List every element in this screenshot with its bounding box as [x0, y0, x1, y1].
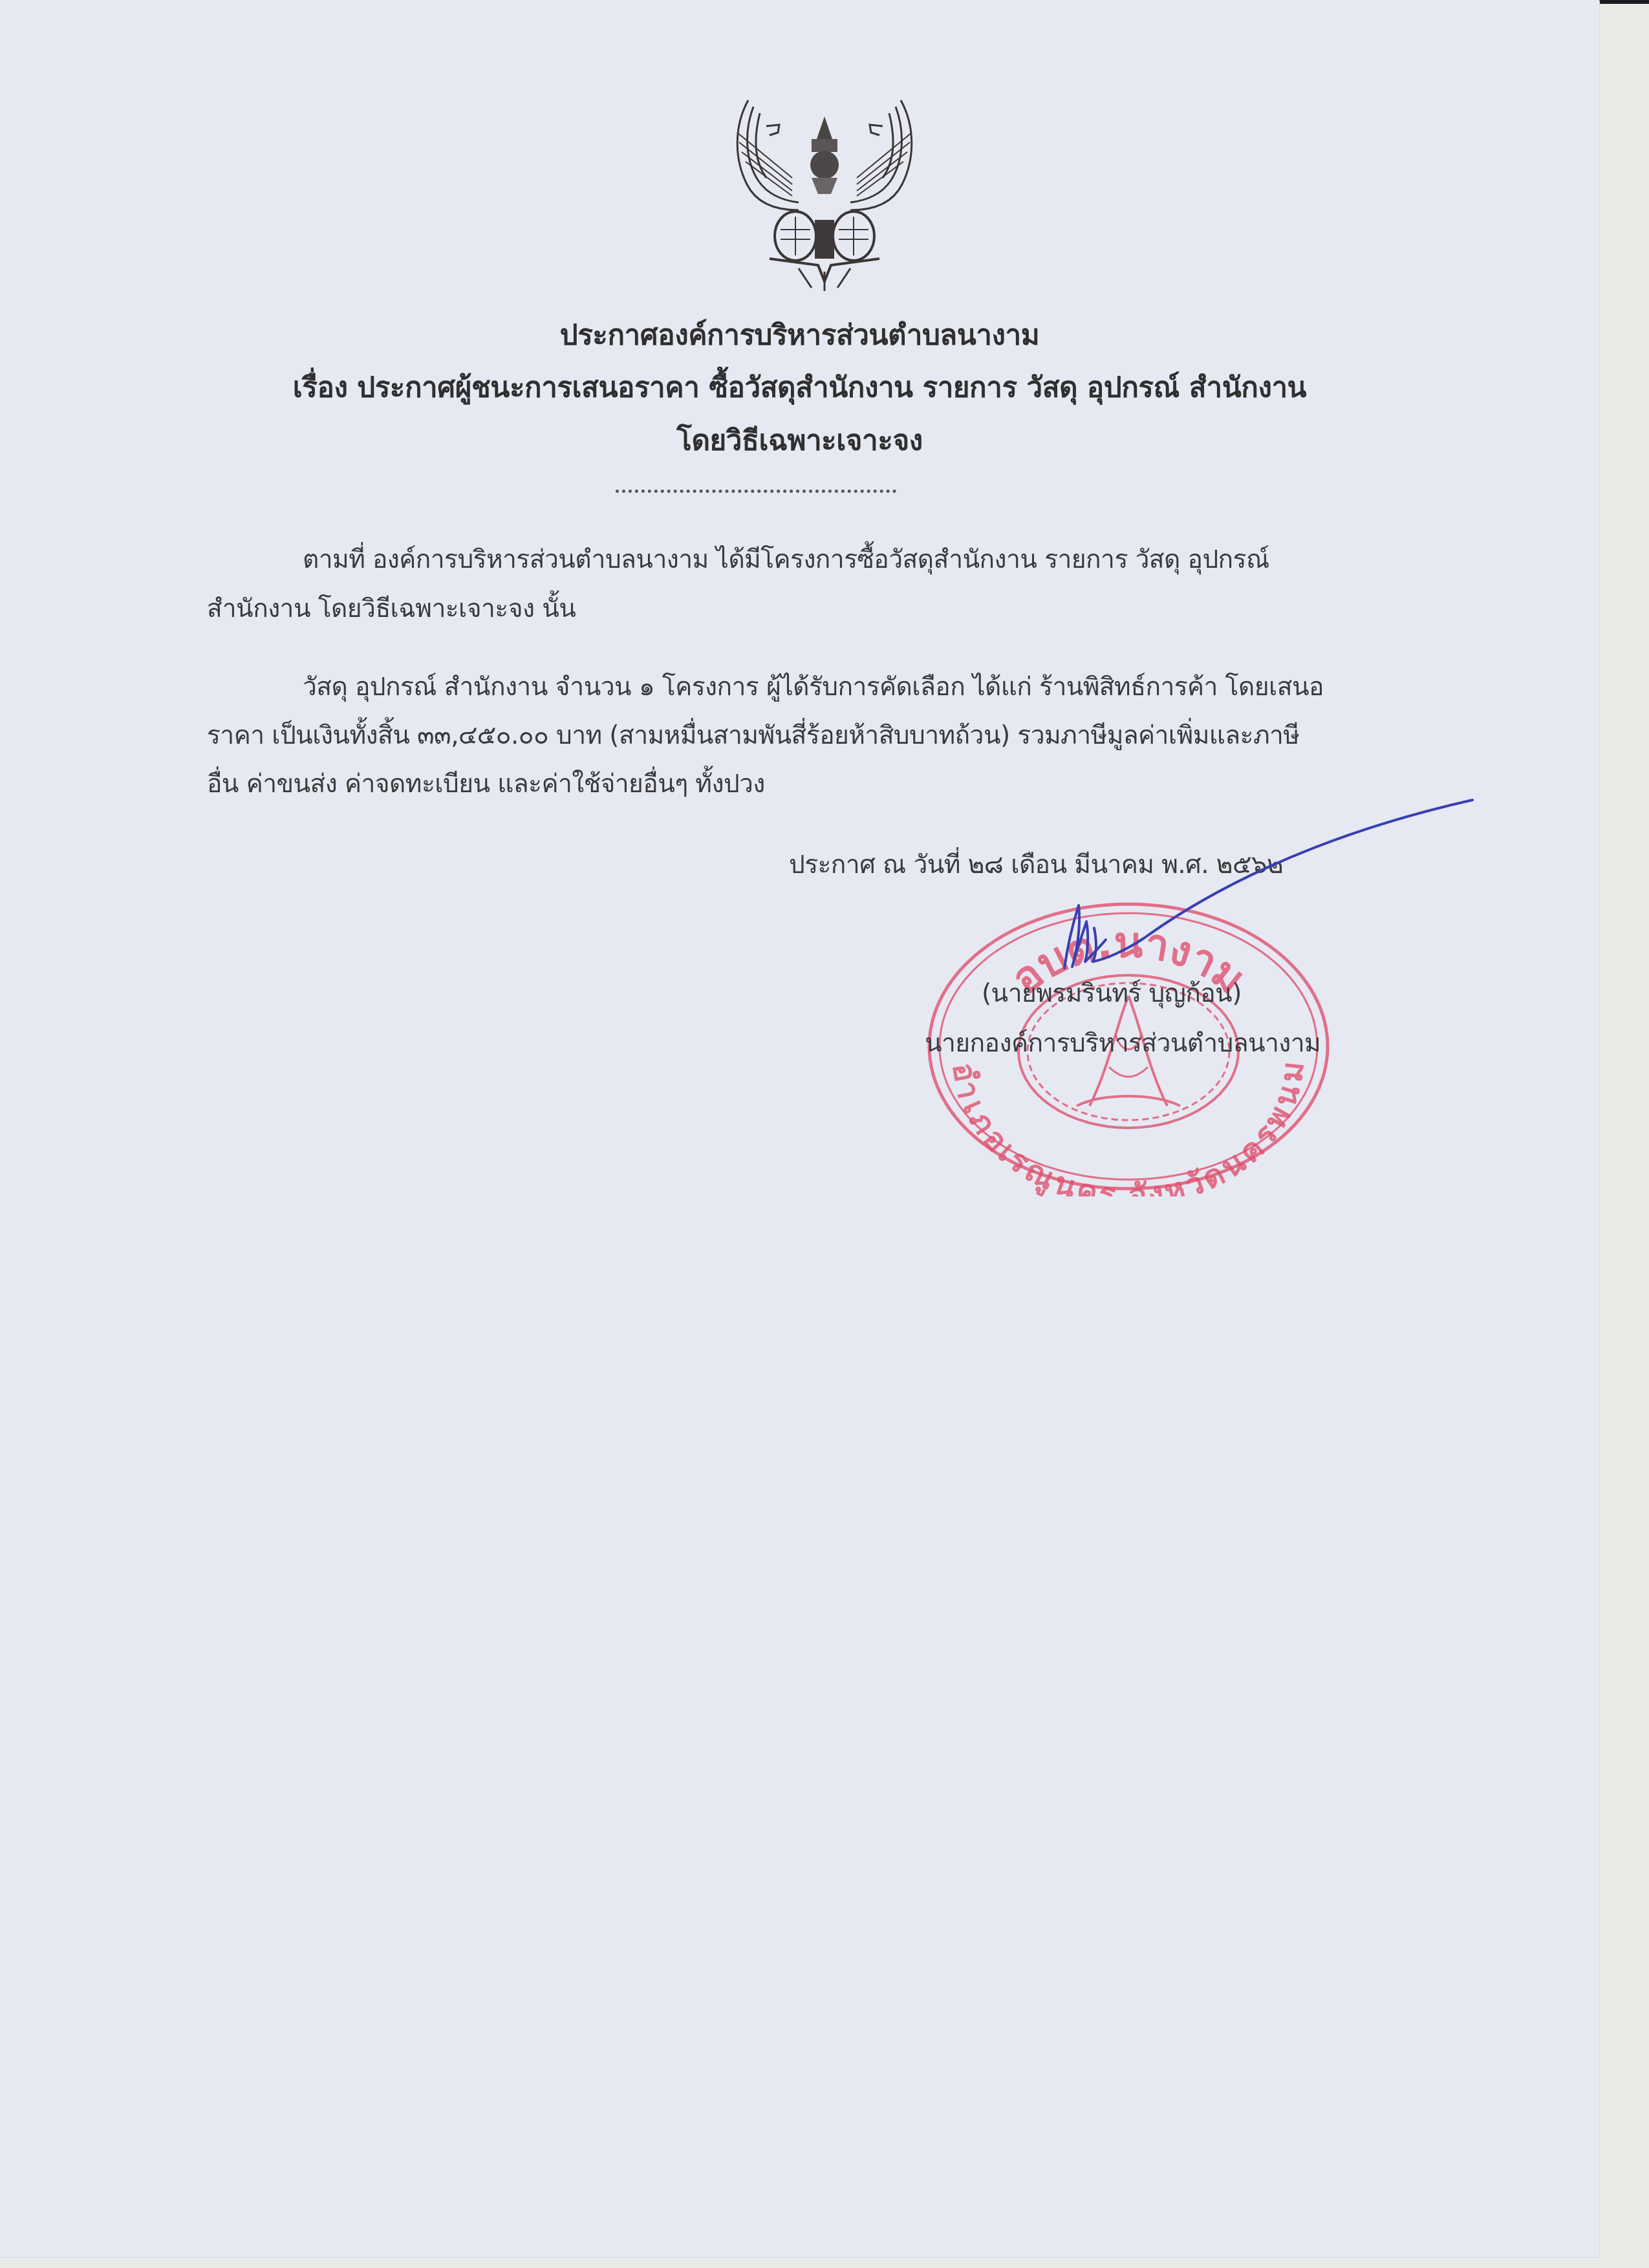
signer-title: นายกองค์การบริหารส่วนตำบลนางาม [925, 1031, 1320, 1056]
title-divider [616, 490, 896, 493]
paragraph-2-line-3: อื่น ค่าขนส่ง ค่าจดทะเบียน และค่าใช้จ่าย… [207, 772, 765, 797]
scanner-corner-shadow [1599, 0, 1649, 4]
title-line-1: ประกาศองค์การบริหารส่วนตำบลนางาม [0, 321, 1599, 350]
handwritten-signature-icon [1035, 792, 1487, 986]
document-page: ประกาศองค์การบริหารส่วนตำบลนางาม เรื่อง … [0, 0, 1599, 2257]
garuda-emblem-icon [708, 81, 941, 294]
paragraph-2-line-2: ราคา เป็นเงินทั้งสิ้น ๓๓,๔๕๐.๐๐ บาท (สาม… [207, 723, 1299, 748]
title-line-2: เรื่อง ประกาศผู้ชนะการเสนอราคา ซื้อวัสดุ… [0, 374, 1599, 402]
paragraph-2-line-1: วัสดุ อุปกรณ์ สำนักงาน จำนวน ๑ โครงการ ผ… [303, 675, 1324, 700]
paragraph-1-line-2: สำนักงาน โดยวิธีเฉพาะเจาะจง นั้น [207, 596, 576, 621]
title-line-3: โดยวิธีเฉพาะเจาะจง [0, 427, 1599, 455]
paragraph-1-line-1: ตามที่ องค์การบริหารส่วนตำบลนางาม ได้มีโ… [303, 547, 1269, 572]
